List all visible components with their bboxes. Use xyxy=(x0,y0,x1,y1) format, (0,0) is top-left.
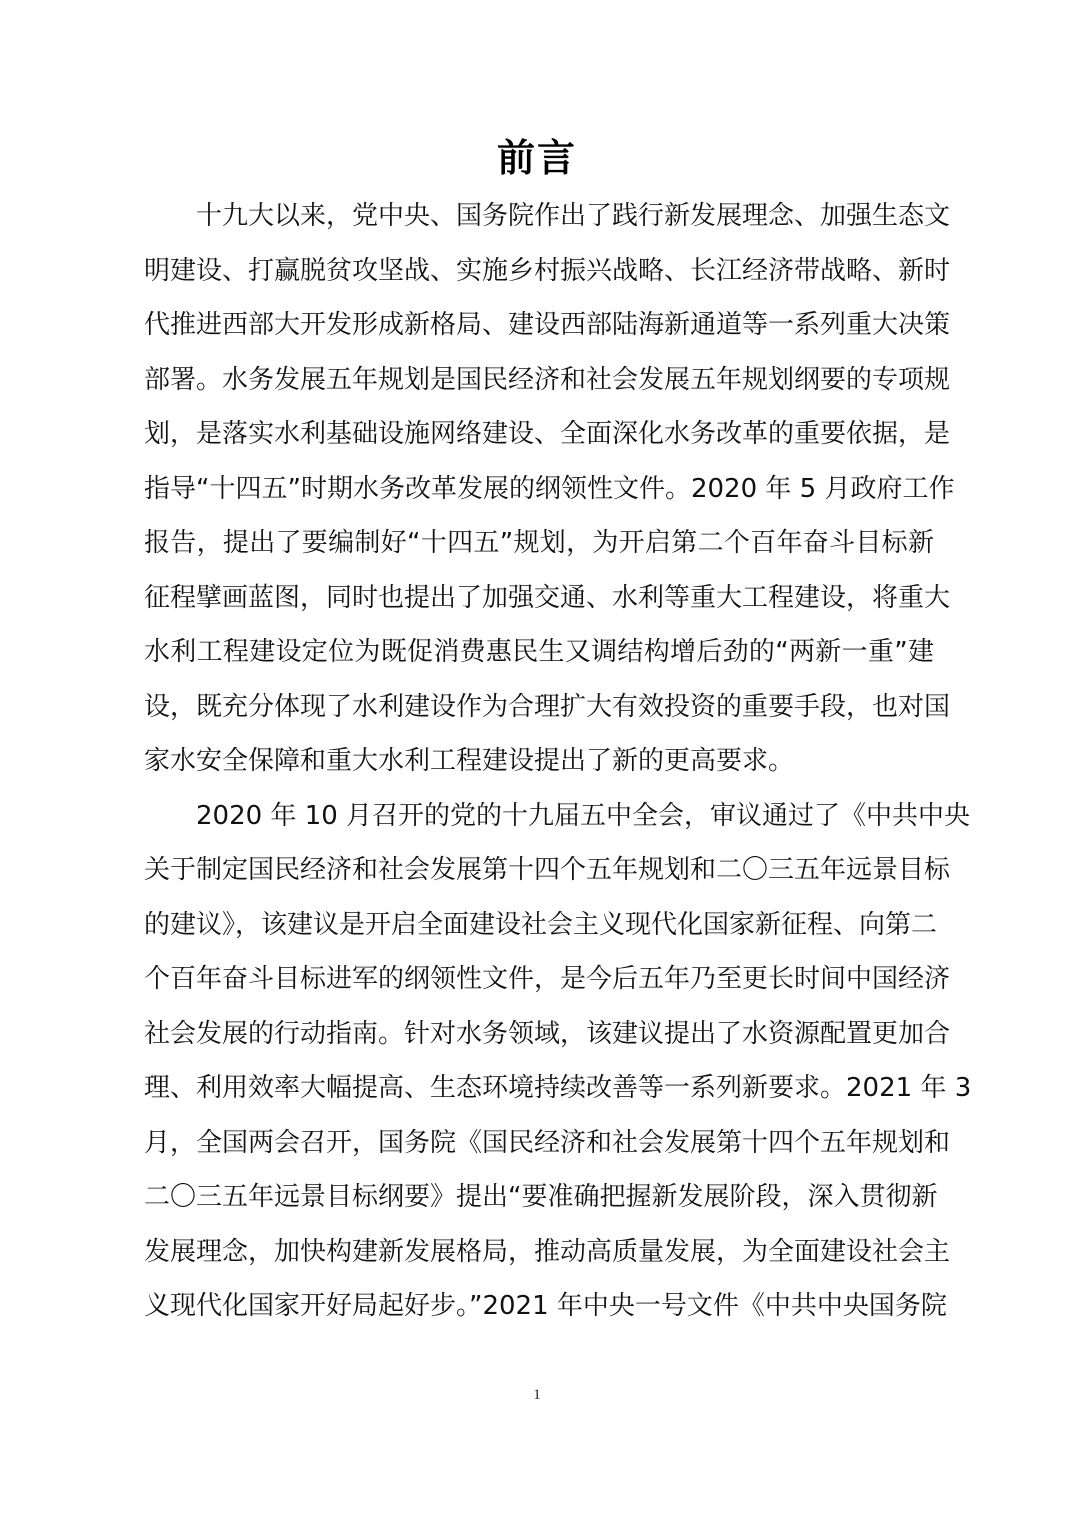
paragraph-2-line-2: 关于制定国民经济和社会发展第十四个五年规划和二〇三五年远景目标 xyxy=(144,843,934,898)
paragraph-2-line-6: 理、利用效率大幅提高、生态环境持续改善等一系列新要求。2021 年 3 xyxy=(144,1061,934,1116)
paragraph-1-line-10: 设，既充分体现了水利建设作为合理扩大有效投资的重要手段，也对国 xyxy=(144,680,934,735)
paragraph-1-line-11: 家水安全保障和重大水利工程建设提出了新的更高要求。 xyxy=(144,734,934,789)
paragraph-2-line-9: 发展理念，加快构建新发展格局，推动高质量发展，为全面建设社会主 xyxy=(144,1225,934,1280)
paragraph-1-line-6: 指导“十四五”时期水务改革发展的纲领性文件。2020 年 5 月政府工作 xyxy=(144,462,934,517)
paragraph-1-line-7: 报告，提出了要编制好“十四五”规划，为开启第二个百年奋斗目标新 xyxy=(144,516,934,571)
paragraph-1-line-4: 部署。水务发展五年规划是国民经济和社会发展五年规划纲要的专项规 xyxy=(144,353,934,408)
page-title: 前言 xyxy=(0,131,1074,185)
paragraph-2-line-3: 的建议》，该建议是开启全面建设社会主义现代化国家新征程、向第二 xyxy=(144,898,934,953)
paragraph-2-line-8: 二〇三五年远景目标纲要》提出“要准确把握新发展阶段，深入贯彻新 xyxy=(144,1170,934,1225)
document-body: 十九大以来，党中央、国务院作出了践行新发展理念、加强生态文 明建设、打赢脱贫攻坚… xyxy=(144,189,934,1334)
paragraph-2-line-7: 月，全国两会召开，国务院《国民经济和社会发展第十四个五年规划和 xyxy=(144,1116,934,1171)
paragraph-2-line-1: 2020 年 10 月召开的党的十九届五中全会，审议通过了《中共中央 xyxy=(144,789,934,844)
paragraph-1-line-8: 征程擘画蓝图，同时也提出了加强交通、水利等重大工程建设，将重大 xyxy=(144,571,934,626)
page-number: 1 xyxy=(0,1386,1074,1404)
paragraph-2-line-4: 个百年奋斗目标进军的纲领性文件，是今后五年乃至更长时间中国经济 xyxy=(144,952,934,1007)
paragraph-1-line-1: 十九大以来，党中央、国务院作出了践行新发展理念、加强生态文 xyxy=(144,189,934,244)
paragraph-1-line-2: 明建设、打赢脱贫攻坚战、实施乡村振兴战略、长江经济带战略、新时 xyxy=(144,244,934,299)
paragraph-1-line-9: 水利工程建设定位为既促消费惠民生又调结构增后劲的“两新一重”建 xyxy=(144,625,934,680)
paragraph-1-line-5: 划，是落实水利基础设施网络建设、全面深化水务改革的重要依据，是 xyxy=(144,407,934,462)
paragraph-2-line-5: 社会发展的行动指南。针对水务领域，该建议提出了水资源配置更加合 xyxy=(144,1007,934,1062)
paragraph-1-line-3: 代推进西部大开发形成新格局、建设西部陆海新通道等一系列重大决策 xyxy=(144,298,934,353)
paragraph-2-line-10: 义现代化国家开好局起好步。”2021 年中央一号文件《中共中央国务院 xyxy=(144,1279,934,1334)
document-page: 前言 十九大以来，党中央、国务院作出了践行新发展理念、加强生态文 明建设、打赢脱… xyxy=(0,0,1074,1520)
